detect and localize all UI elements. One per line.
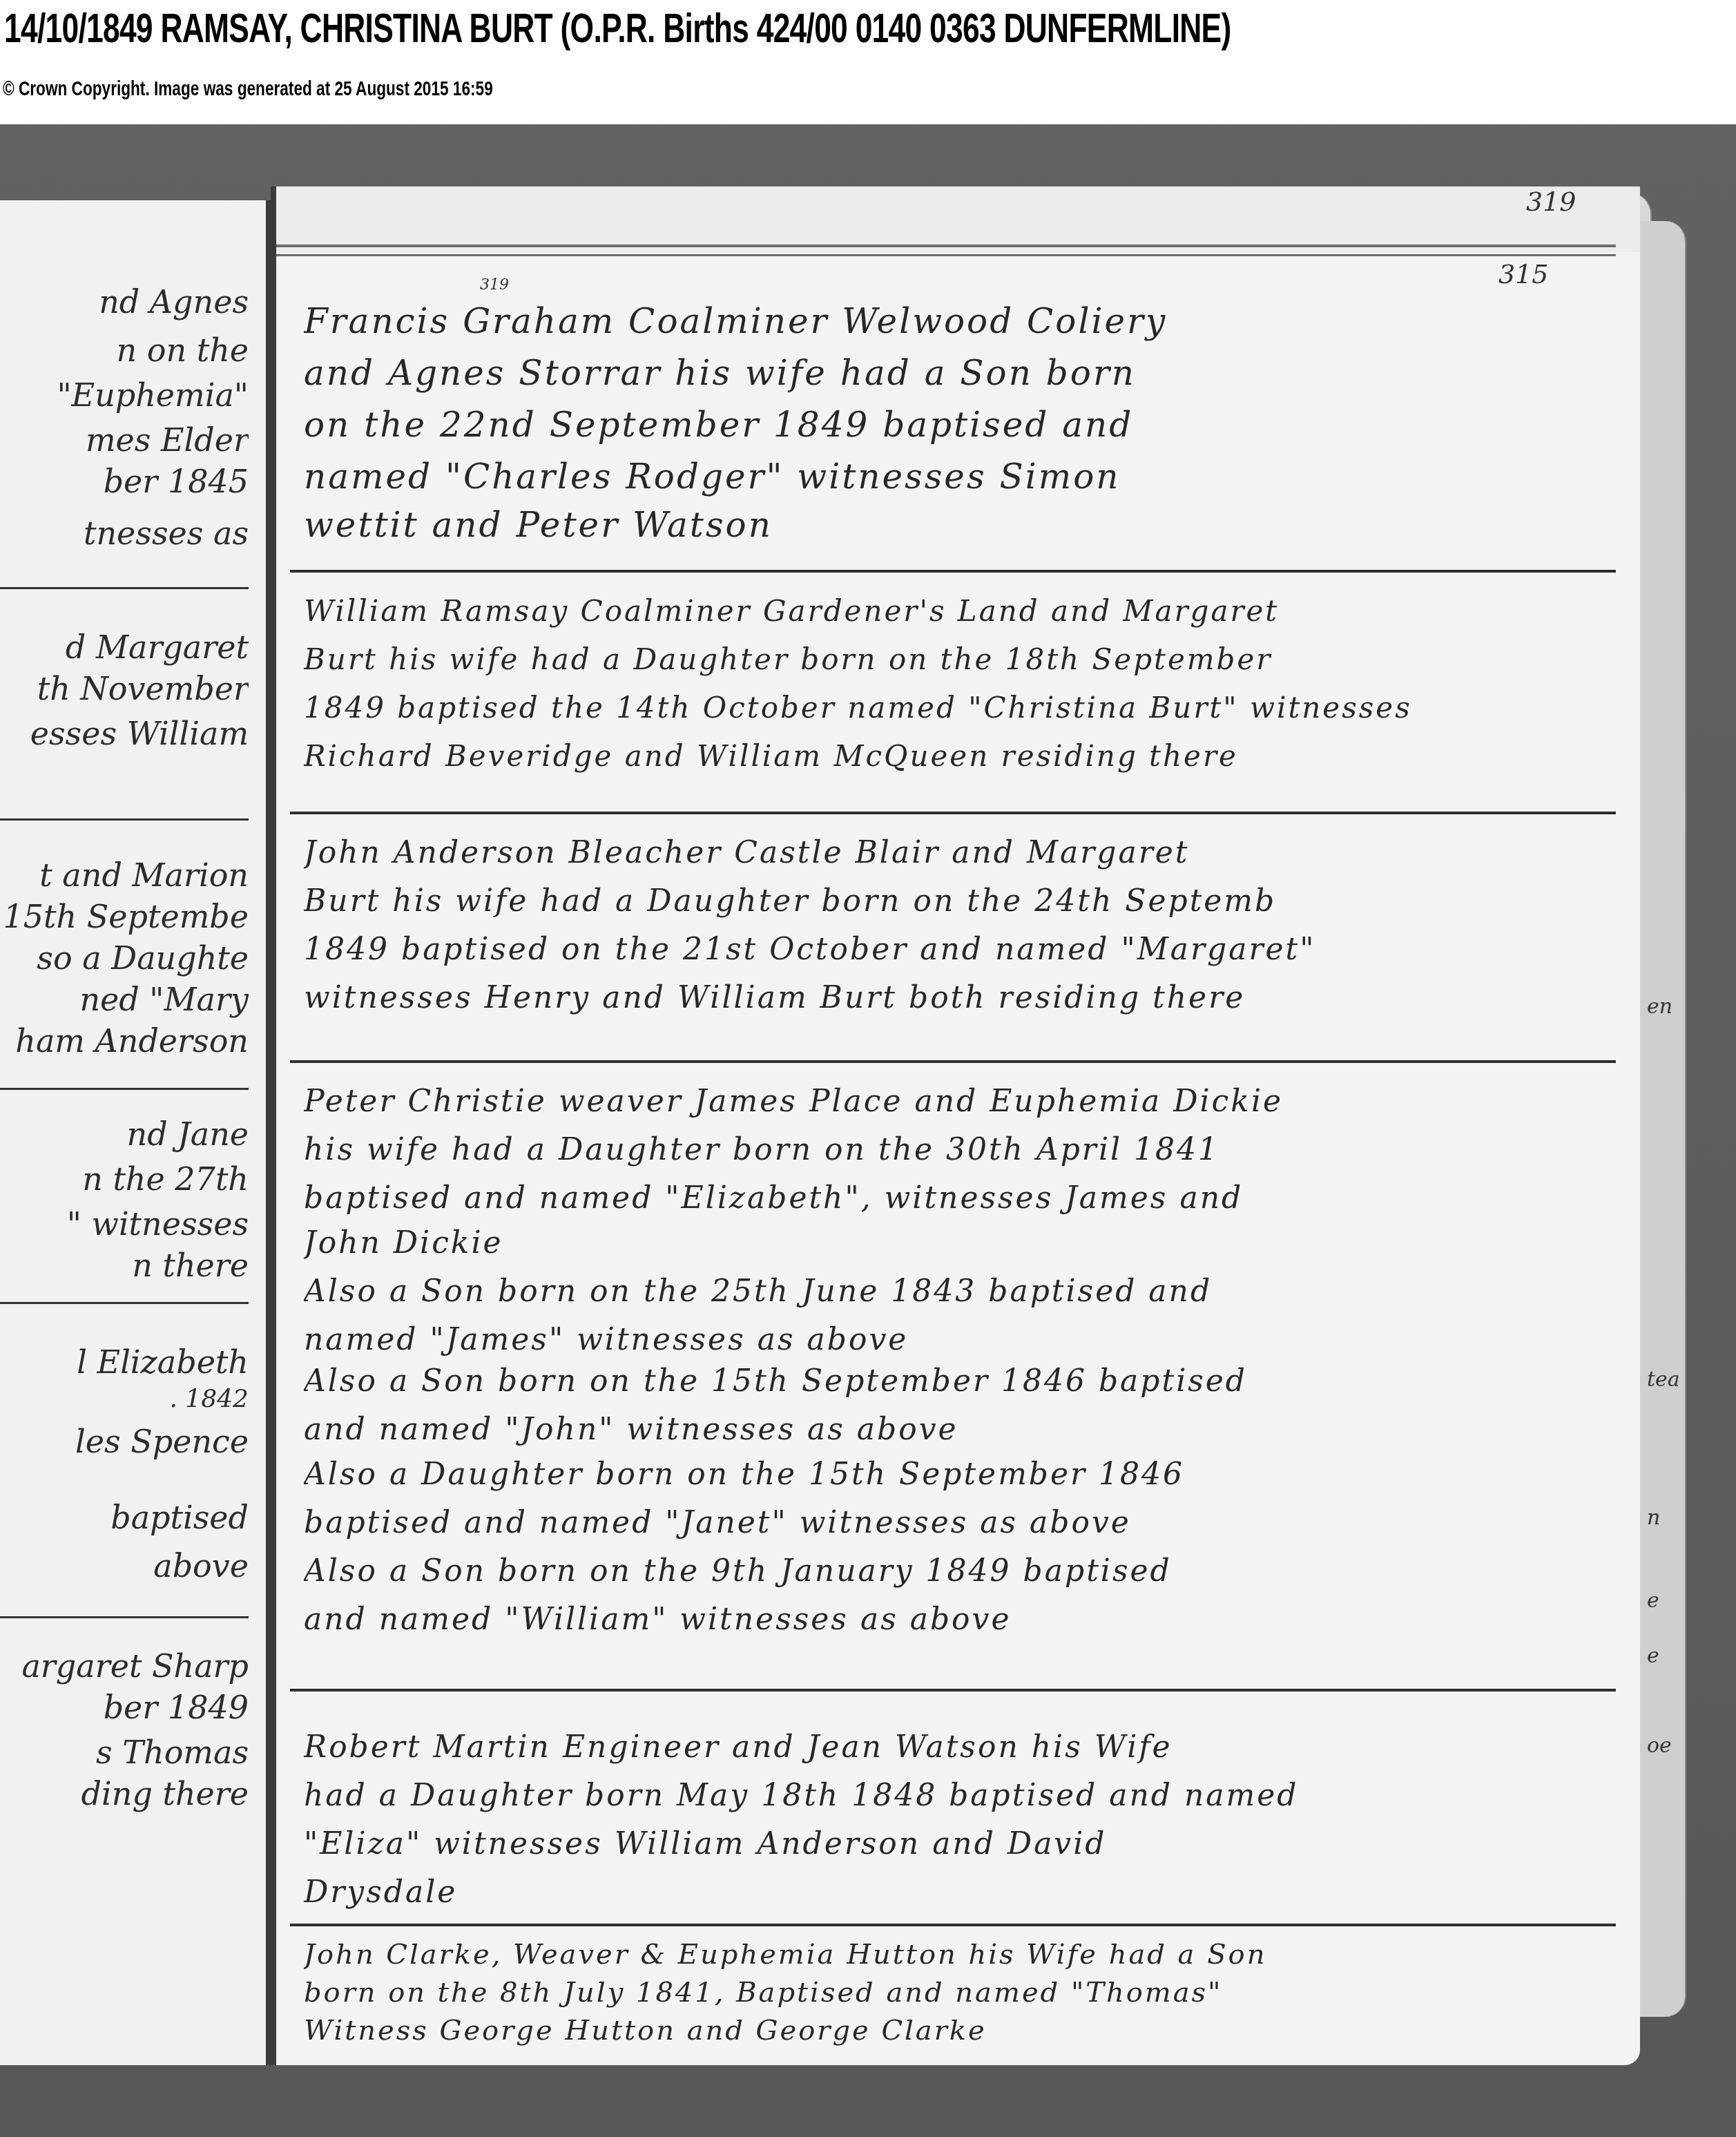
right-edge-fragment: n [1647, 1506, 1660, 1530]
left-fragment-line: "Euphemia" [0, 376, 249, 414]
left-fragment-line: t and Marion [0, 856, 249, 894]
entry-line: John Anderson Bleacher Castle Blair and … [304, 832, 1616, 874]
left-fragment-line: th November [0, 670, 249, 707]
entry-divider [290, 1689, 1616, 1692]
entry-divider [290, 1924, 1616, 1926]
left-fragment-line: ding there [0, 1775, 249, 1812]
entry-line: William Ramsay Coalminer Gardener's Land… [304, 591, 1616, 632]
entry-divider [290, 570, 1616, 573]
entry-line: named "Charles Rodger" witnesses Simon [304, 456, 1616, 497]
entry-line: Robert Martin Engineer and Jean Watson h… [304, 1727, 1616, 1768]
right-edge-fragment: tea [1647, 1368, 1680, 1392]
entry-divider [0, 587, 249, 589]
entry-divider [0, 1302, 249, 1304]
left-fragment-line: nd Agnes [0, 283, 249, 320]
register-page: 319 315 319 Francis Graham Coalminer Wel… [271, 186, 1640, 2065]
right-edge-fragment: e [1647, 1644, 1659, 1668]
record-title: 14/10/1849 RAMSAY, CHRISTINA BURT (O.P.R… [4, 4, 1231, 52]
left-fragment-line: d Margaret [0, 629, 249, 666]
entry-divider [0, 1088, 249, 1090]
entry-line: "Eliza" witnesses William Anderson and D… [304, 1823, 1616, 1865]
entry-line: John Dickie [304, 1223, 1616, 1264]
entry-line: Also a Son born on the 15th September 18… [304, 1361, 1616, 1402]
entry-line: Witness George Hutton and George Clarke [304, 2010, 1616, 2051]
entry-line: Burt his wife had a Daughter born on the… [304, 881, 1616, 922]
left-fragment-line: n there [0, 1247, 249, 1284]
left-fragment-line: ham Anderson [0, 1022, 249, 1060]
left-fragment-line: baptised [0, 1499, 249, 1536]
top-double-rule [276, 254, 1616, 256]
entry-line: and named "John" witnesses as above [304, 1409, 1616, 1450]
top-double-rule [276, 245, 1616, 247]
left-fragment-line: n the 27th [0, 1160, 249, 1198]
entry-line: born on the 8th July 1841, Baptised and … [304, 1972, 1616, 2013]
entry-line: and named "William" witnesses as above [304, 1599, 1616, 1640]
entry-divider [290, 812, 1616, 814]
entry-line: Also a Son born on the 25th June 1843 ba… [304, 1271, 1616, 1312]
right-edge-fragment: e [1647, 1589, 1659, 1613]
left-fragment-line: tnesses as [0, 515, 249, 552]
register-scan-image: nd Agnes n on the "Euphemia" mes Elder b… [0, 124, 1736, 2137]
entry-line: his wife had a Daughter born on the 30th… [304, 1129, 1616, 1171]
left-fragment-line: argaret Sharp [0, 1647, 249, 1685]
entry-line: named "James" witnesses as above [304, 1319, 1616, 1361]
left-fragment-line: 15th Septembe [0, 898, 249, 935]
entry-line: Richard Beveridge and William McQueen re… [304, 736, 1616, 777]
entry-line: baptised and named "Janet" witnesses as … [304, 1502, 1616, 1544]
entry-line: Peter Christie weaver James Place and Eu… [304, 1081, 1616, 1122]
entry-line: John Clarke, Weaver & Euphemia Hutton hi… [304, 1934, 1616, 1975]
entry-line: wettit and Peter Watson [304, 504, 1616, 546]
left-fragment-line: n on the [0, 332, 249, 369]
left-fragment-line: esses William [0, 715, 249, 752]
record-header: 14/10/1849 RAMSAY, CHRISTINA BURT (O.P.R… [0, 0, 1736, 124]
entry-line: Burt his wife had a Daughter born on the… [304, 639, 1616, 680]
right-edge-fragment: en [1647, 995, 1672, 1019]
entry-line: Drysdale [304, 1872, 1616, 1913]
margin-number: 319 [480, 276, 509, 294]
entry-line: had a Daughter born May 18th 1848 baptis… [304, 1775, 1616, 1817]
left-fragment-line: mes Elder [0, 421, 249, 459]
entry-divider [0, 818, 249, 821]
left-fragment-line: ber 1849 [0, 1689, 249, 1726]
entry-line: baptised and named "Elizabeth", witnesse… [304, 1178, 1616, 1219]
entry-line: Francis Graham Coalminer Welwood Coliery [304, 300, 1616, 342]
entry-line: on the 22nd September 1849 baptised and [304, 404, 1616, 445]
left-fragment-line: " witnesses [0, 1205, 249, 1243]
entry-divider [290, 1060, 1616, 1063]
left-fragment-line: nd Jane [0, 1115, 249, 1153]
entry-line: Also a Son born on the 9th January 1849 … [304, 1551, 1616, 1592]
left-fragment-line: s Thomas [0, 1734, 249, 1771]
left-fragment-line: above [0, 1547, 249, 1584]
entry-line: 1849 baptised the 14th October named "Ch… [304, 687, 1616, 729]
copyright-notice: © Crown Copyright. Image was generated a… [3, 77, 493, 101]
folio-number-top: 319 [1526, 186, 1576, 217]
entry-divider [0, 1616, 249, 1618]
entry-line: and Agnes Storrar his wife had a Son bor… [304, 352, 1616, 394]
entry-line: witnesses Henry and William Burt both re… [304, 977, 1616, 1019]
entry-line: 1849 baptised on the 21st October and na… [304, 929, 1616, 970]
left-fragment-line: les Spence [0, 1423, 249, 1460]
left-page-fragment: nd Agnes n on the "Euphemia" mes Elder b… [0, 200, 273, 2065]
page-top-band [276, 186, 1640, 252]
entry-line: Also a Daughter born on the 15th Septemb… [304, 1454, 1616, 1495]
left-fragment-line: l Elizabeth [0, 1343, 249, 1381]
folio-number: 315 [1498, 259, 1549, 289]
left-fragment-line: so a Daughte [0, 939, 249, 977]
left-fragment-line: . 1842 [0, 1385, 249, 1413]
left-fragment-line: ned "Mary [0, 981, 249, 1018]
right-edge-fragment: oe [1647, 1734, 1672, 1758]
left-fragment-line: ber 1845 [0, 463, 249, 500]
